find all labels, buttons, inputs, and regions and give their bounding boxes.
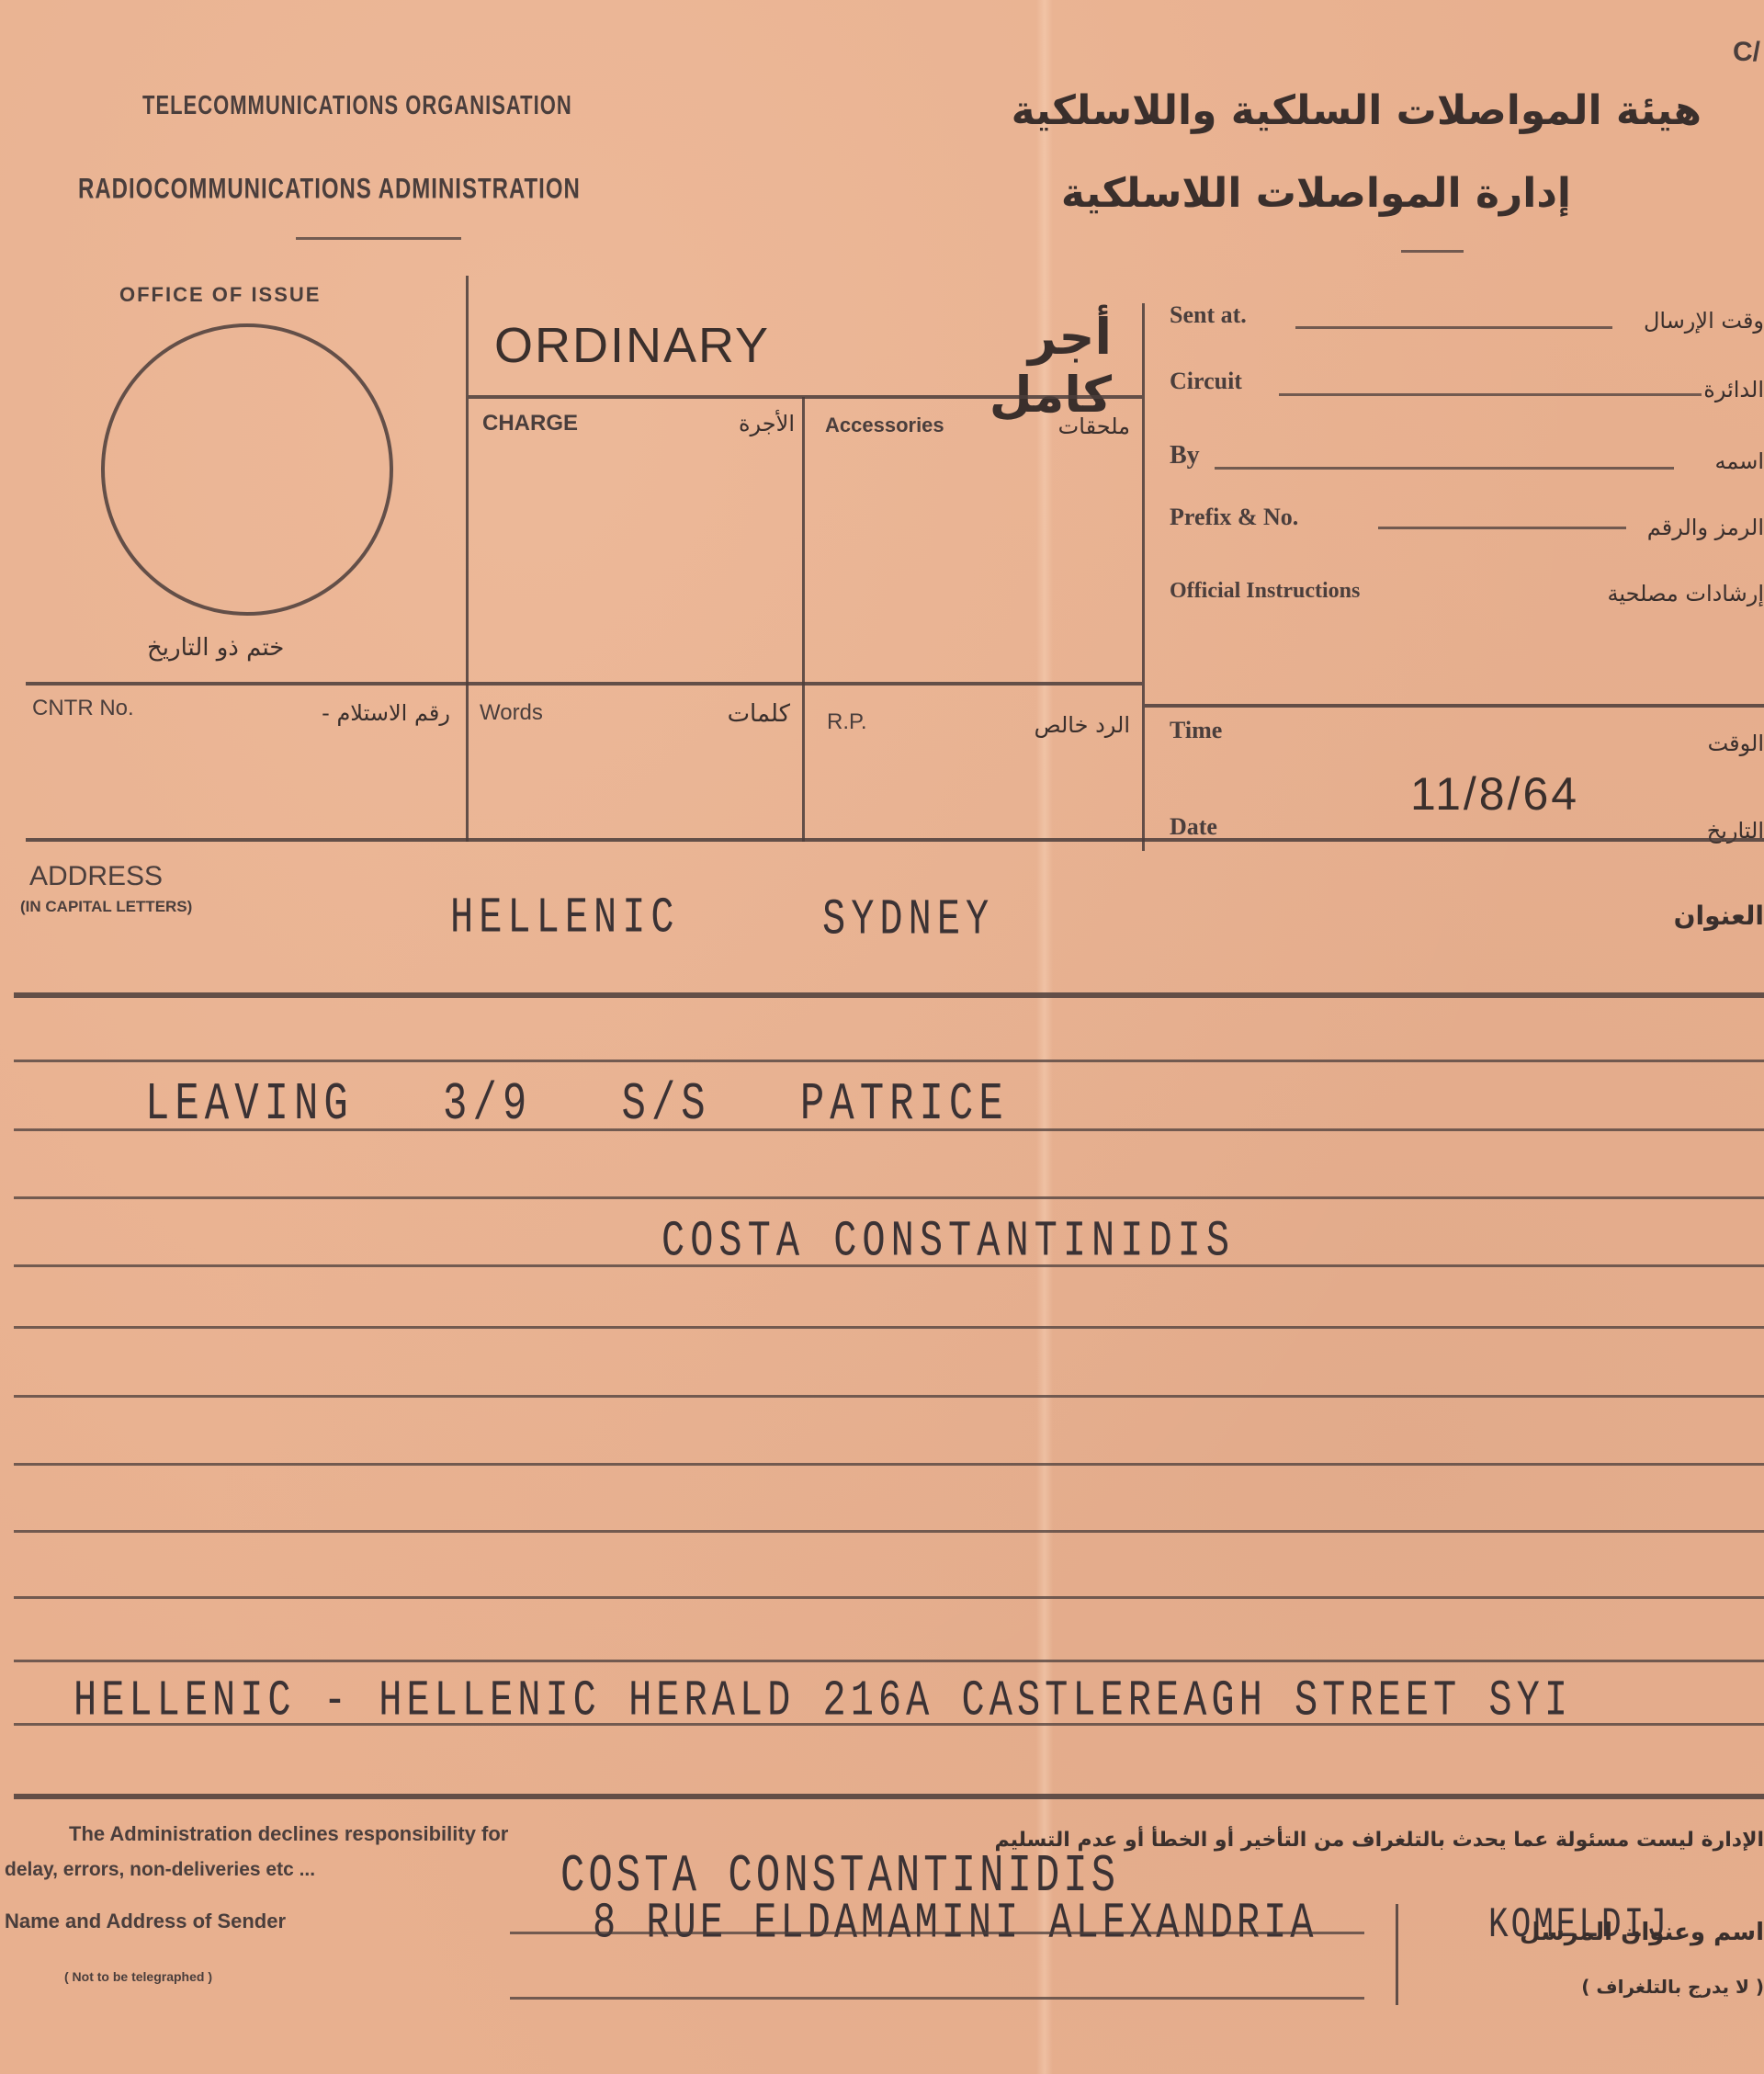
message-rule-8 (14, 1530, 1764, 1533)
prefix-no-field[interactable] (1378, 527, 1626, 529)
prefix-no-label: Prefix & No. (1170, 504, 1298, 531)
corner-mark: C/ (1733, 37, 1760, 68)
sender-top-divider (14, 1794, 1764, 1799)
cntr-no-field[interactable] (28, 735, 459, 836)
header-underline-right (1401, 250, 1464, 253)
words-field[interactable] (473, 735, 795, 836)
message-rule-11 (14, 1723, 1764, 1726)
circuit-arabic-label: الدائرة (1703, 377, 1764, 402)
org-name-arabic: هيئة المواصلات السلكية واللاسلكية (1012, 87, 1702, 134)
date-stamp-circle (101, 323, 393, 616)
divider-vertical-3 (1142, 303, 1145, 851)
sender-name-label: Name and Address of Sender (5, 1910, 286, 1933)
rp-label: R.P. (827, 709, 867, 735)
office-of-issue-arabic-label: ختم ذو التاريخ (147, 634, 284, 662)
accessories-field[interactable] (808, 450, 1135, 694)
message-rule-10 (14, 1660, 1764, 1662)
sender-address-value[interactable]: 8 RUE ELDAMAMINI ALEXANDRIA (593, 1895, 1317, 1952)
charge-arabic-label: الأجرة (707, 411, 795, 436)
time-top-divider (1145, 704, 1764, 708)
message-line-1[interactable]: LEAVING 3/9 S/S PATRICE (145, 1075, 1009, 1135)
message-footer-line[interactable]: HELLENIC - HELLENIC HERALD 216A CASTLERE… (73, 1672, 1572, 1729)
words-arabic-label: كلمات (698, 700, 790, 728)
time-arabic-label: الوقت (1708, 731, 1764, 756)
charge-label: CHARGE (482, 411, 578, 436)
rp-arabic-label: الرد خالص (974, 712, 1130, 738)
message-line-2[interactable]: COSTA CONSTANTINIDIS (661, 1213, 1235, 1270)
address-sublabel: (IN CAPITAL LETTERS) (20, 899, 195, 915)
message-rule-1 (14, 1060, 1764, 1062)
message-rule-7 (14, 1463, 1764, 1466)
message-rule-9 (14, 1596, 1764, 1599)
time-label: Time (1170, 717, 1222, 744)
circuit-field[interactable] (1279, 393, 1702, 396)
message-rule-3 (14, 1196, 1764, 1199)
words-label: Words (480, 700, 543, 726)
cntr-no-arabic-label: رقم الاستلام - (257, 700, 450, 726)
by-field[interactable] (1215, 467, 1674, 470)
message-rule-4 (14, 1264, 1764, 1267)
sender-arabic-label: اسم وعنوان المرسل (1520, 1919, 1764, 1946)
address-top-divider (26, 838, 1764, 842)
accessories-label: Accessories (825, 414, 944, 437)
sent-at-field[interactable] (1295, 326, 1612, 329)
address-word-2[interactable]: SYDNEY (822, 891, 994, 948)
by-label: By (1170, 441, 1200, 470)
org-name-english: TELECOMMUNICATIONS ORGANISATION (142, 90, 572, 121)
message-rule-6 (14, 1395, 1764, 1398)
message-rule-5 (14, 1326, 1764, 1329)
divider-vertical-1 (466, 276, 469, 842)
sender-divider (1396, 1904, 1398, 2005)
circuit-label: Circuit (1170, 368, 1242, 395)
admin-name-english: RADIOCOMMUNICATIONS ADMINISTRATION (78, 173, 581, 206)
rp-field[interactable] (808, 744, 1135, 836)
by-arabic-label: اسمه (1714, 448, 1764, 474)
address-word-1[interactable]: HELLENIC (450, 890, 680, 946)
sent-at-label: Sent at. (1170, 301, 1247, 329)
disclaimer-line-1: The Administration declines responsibili… (69, 1822, 508, 1846)
service-type-arabic: أجر كامل (928, 308, 1112, 424)
address-arabic-label: العنوان (1674, 901, 1764, 931)
sender-note: ( Not to be telegraphed ) (64, 1969, 212, 1984)
cntr-no-label: CNTR No. (32, 696, 134, 721)
date-label: Date (1170, 813, 1217, 841)
disclaimer-line-2: delay, errors, non-deliveries etc ... (5, 1859, 315, 1881)
counters-top-divider (26, 682, 1142, 686)
admin-name-arabic: إدارة المواصلات اللاسلكية (1061, 170, 1571, 217)
sender-field-line-1 (510, 1932, 1364, 1934)
official-instructions-label: Official Instructions (1170, 579, 1360, 604)
address-label: ADDRESS (29, 861, 163, 892)
accessories-arabic-label: ملحقات (1029, 414, 1130, 439)
ordinary-divider (469, 395, 1142, 399)
official-instructions-field[interactable] (1158, 616, 1755, 703)
office-of-issue-label: OFFICE OF ISSUE (119, 283, 321, 307)
date-value[interactable]: 11/8/64 (1410, 767, 1579, 821)
sender-arabic-note: ( لا يدرج بالتلغراف ) (1581, 1976, 1764, 1998)
service-type-label: ORDINARY (494, 317, 770, 374)
prefix-no-arabic-label: الرمز والرقم (1647, 515, 1764, 540)
sent-at-arabic-label: وقت الإرسال (1644, 308, 1764, 334)
charge-field[interactable] (473, 450, 795, 694)
divider-vertical-2 (802, 397, 805, 842)
message-rule-2 (14, 1128, 1764, 1131)
address-bottom-divider (14, 992, 1764, 998)
sender-field-line-2 (510, 1997, 1364, 2000)
header-underline-left (296, 237, 461, 240)
official-instructions-arabic-label: إرشادات مصلحية (1608, 581, 1764, 606)
